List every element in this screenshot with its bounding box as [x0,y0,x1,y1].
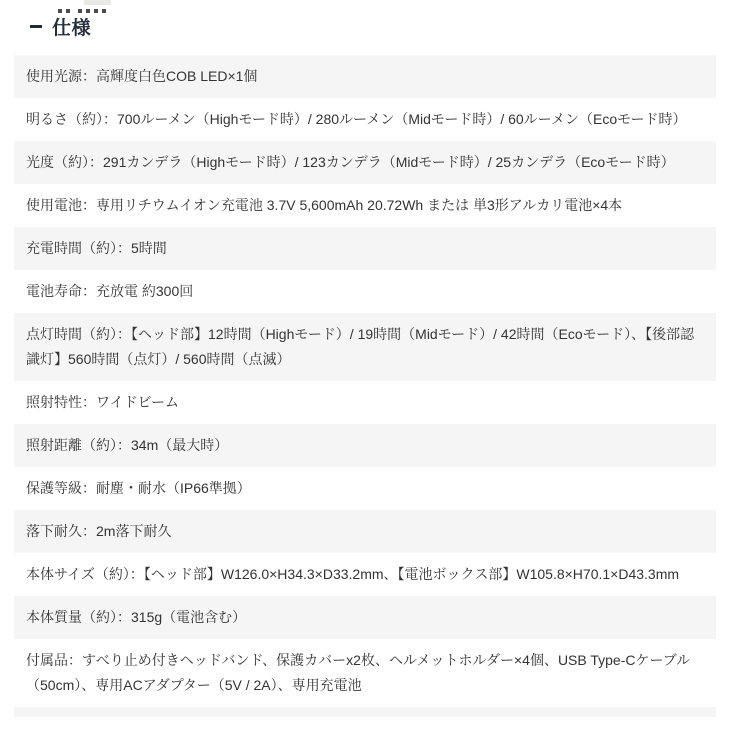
cropped-text-smudge [84,0,111,5]
spec-row-text: 本体サイズ（約）：【ヘッド部】W126.0×H34.3×D33.2mm、【電池ボ… [26,562,679,587]
spec-row-text: 付属品：すべり止め付きヘッドバンド、保護カバーx2枚、ヘルメットホルダー×4個、… [26,648,704,698]
spec-row-text: 保護等級：耐塵・耐水（IP66準拠） [26,476,251,501]
spec-row-text: 光度（約）：291カンデラ（Highモード時）/ 123カンデラ（Midモード時… [26,150,675,175]
spec-row-accessories: 付属品：すべり止め付きヘッドバンド、保護カバーx2枚、ヘルメットホルダー×4個、… [14,639,716,707]
spec-row-light-source: 使用光源：高輝度白色COB LED×1個 [14,55,716,98]
spec-row-battery-life: 電池寿命：充放電 約300回 [14,270,716,313]
spec-row-text: 点灯時間（約）：【ヘッド部】12時間（Highモード）/ 19時間（Midモード… [26,322,704,372]
spec-row-text: 充電時間（約）：5時間 [26,236,167,261]
spec-row-brightness: 明るさ（約）：700ルーメン（Highモード時）/ 280ルーメン（Midモード… [14,98,716,141]
spec-row-protection-rating: 保護等級：耐塵・耐水（IP66準拠） [14,467,716,510]
spec-row-beam-distance: 照射距離（約）：34m（最大時） [14,424,716,467]
collapse-minus-icon[interactable] [30,25,42,28]
spec-row-text: 使用光源：高輝度白色COB LED×1個 [26,64,257,89]
spec-row-text: 使用電池：専用リチウムイオン充電池 3.7V 5,600mAh 20.72Wh … [26,193,622,218]
spec-row-body-size: 本体サイズ（約）：【ヘッド部】W126.0×H34.3×D33.2mm、【電池ボ… [14,553,716,596]
spec-row-text: 電池寿命：充放電 約300回 [26,279,193,304]
spec-row-text: 照射特性：ワイドビーム [26,390,179,415]
spec-accordion-header[interactable]: 仕様 [14,13,716,40]
spec-section: 仕様 使用光源：高輝度白色COB LED×1個 明るさ（約）：700ルーメン（H… [14,13,716,717]
cropped-text-fragment [0,0,738,14]
spec-row-luminous-intensity: 光度（約）：291カンデラ（Highモード時）/ 123カンデラ（Midモード時… [14,141,716,184]
spec-row-text: 明るさ（約）：700ルーメン（Highモード時）/ 280ルーメン（Midモード… [26,107,687,132]
spec-row-weight: 本体質量（約）：315g（電池含む） [14,596,716,639]
spec-row-runtime: 点灯時間（約）：【ヘッド部】12時間（Highモード）/ 19時間（Midモード… [14,313,716,381]
spec-row-text: 落下耐久：2m落下耐久 [26,519,171,544]
spec-row-beam-characteristic: 照射特性：ワイドビーム [14,381,716,424]
spec-row-battery: 使用電池：専用リチウムイオン充電池 3.7V 5,600mAh 20.72Wh … [14,184,716,227]
next-row-peek [14,707,716,717]
spec-table: 使用光源：高輝度白色COB LED×1個 明るさ（約）：700ルーメン（High… [14,55,716,717]
spec-row-text: 照射距離（約）：34m（最大時） [26,433,228,458]
spec-row-charge-time: 充電時間（約）：5時間 [14,227,716,270]
spec-row-drop-resistance: 落下耐久：2m落下耐久 [14,510,716,553]
spec-row-text: 本体質量（約）：315g（電池含む） [26,605,246,630]
section-title: 仕様 [52,13,91,40]
